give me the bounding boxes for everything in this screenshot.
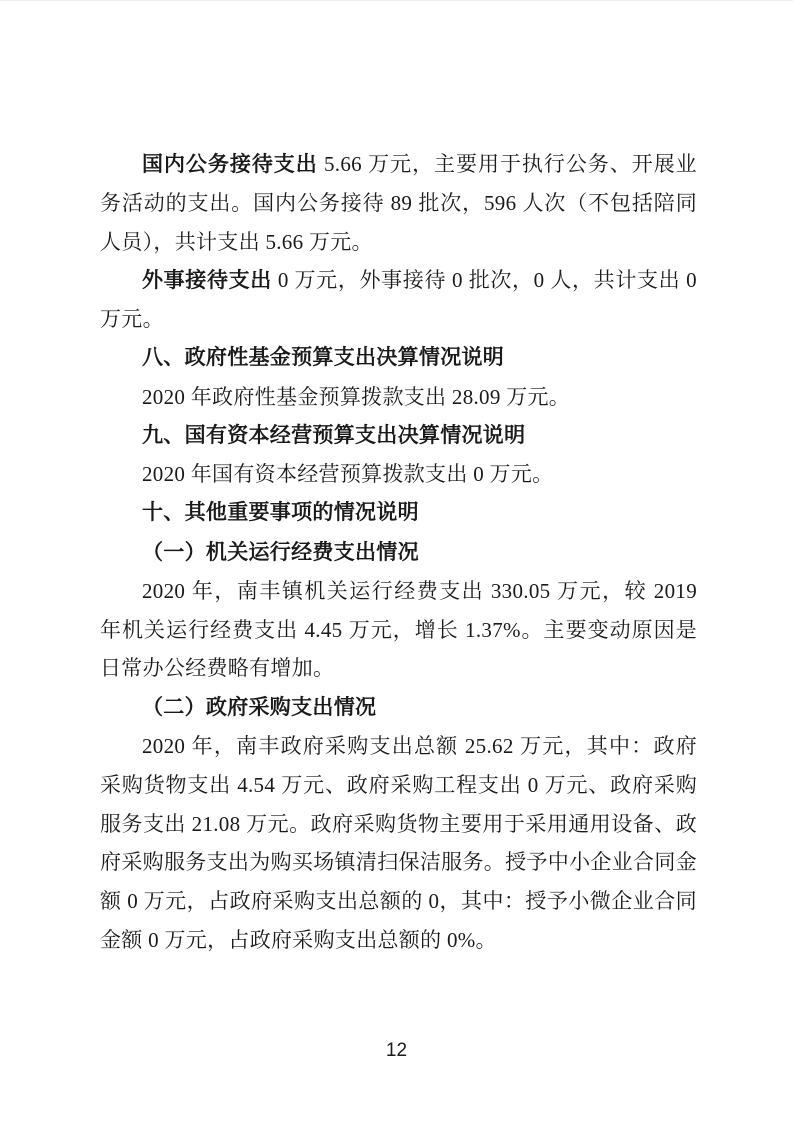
section-heading-10-other-important-matters: 十、其他重要事项的情况说明 bbox=[100, 494, 697, 533]
paragraph-foreign-affairs-reception: 外事接待支出 0 万元，外事接待 0 批次，0 人，共计支出 0 万元。 bbox=[100, 261, 697, 339]
paragraph-government-fund-expenditure: 2020 年政府性基金预算拨款支出 28.09 万元。 bbox=[100, 378, 697, 417]
paragraph-agency-operating-expenditure: 2020 年，南丰镇机关运行经费支出 330.05 万元，较 2019 年机关运… bbox=[100, 572, 697, 688]
section-heading-9-state-capital-budget: 九、国有资本经营预算支出决算情况说明 bbox=[100, 417, 697, 456]
subsection-heading-2-government-procurement: （二）政府采购支出情况 bbox=[100, 688, 697, 727]
document-body: 国内公务接待支出 5.66 万元，主要用于执行公务、开展业务活动的支出。国内公务… bbox=[100, 145, 697, 960]
paragraph-domestic-official-reception: 国内公务接待支出 5.66 万元，主要用于执行公务、开展业务活动的支出。国内公务… bbox=[100, 145, 697, 261]
document-page: 国内公务接待支出 5.66 万元，主要用于执行公务、开展业务活动的支出。国内公务… bbox=[0, 0, 793, 1122]
paragraph-state-capital-expenditure: 2020 年国有资本经营预算拨款支出 0 万元。 bbox=[100, 455, 697, 494]
paragraph-government-procurement-expenditure: 2020 年，南丰政府采购支出总额 25.62 万元，其中：政府采购货物支出 4… bbox=[100, 727, 697, 960]
paragraph-bold-lead: 国内公务接待支出 bbox=[142, 152, 318, 176]
paragraph-bold-lead: 外事接待支出 bbox=[142, 268, 272, 292]
subsection-heading-1-agency-operating-funds: （一）机关运行经费支出情况 bbox=[100, 533, 697, 572]
page-number: 12 bbox=[0, 1039, 793, 1063]
section-heading-8-government-fund-budget: 八、政府性基金预算支出决算情况说明 bbox=[100, 339, 697, 378]
